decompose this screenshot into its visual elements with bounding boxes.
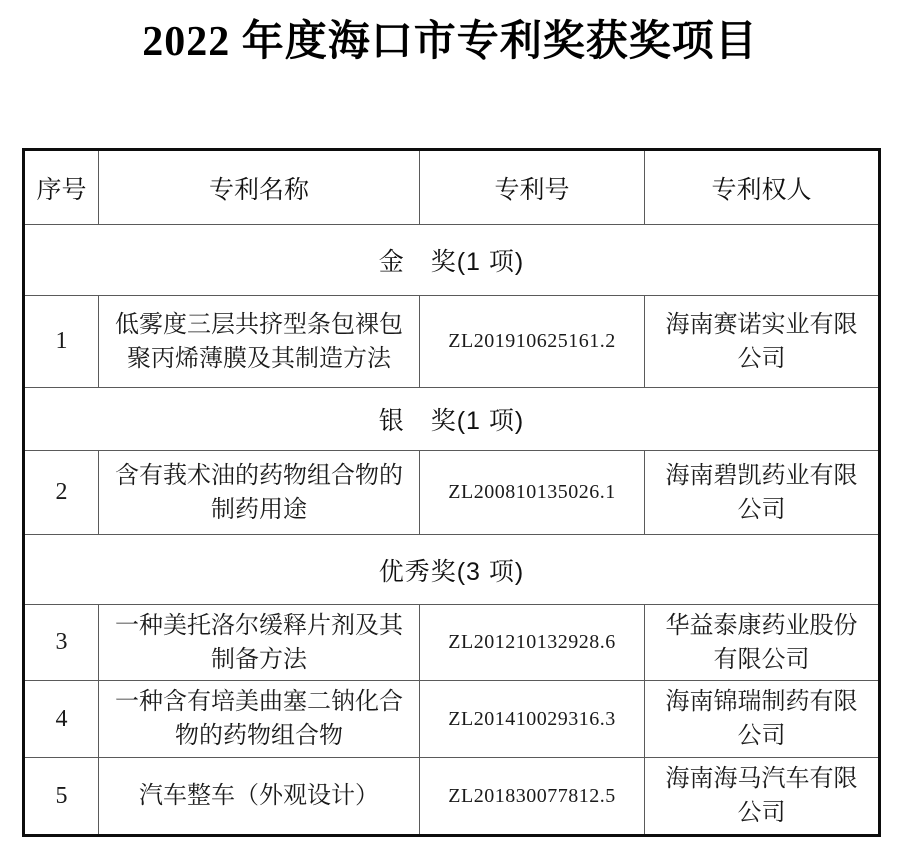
cell-patent-no: ZL201910625161.2 bbox=[420, 296, 645, 388]
cell-index: 5 bbox=[24, 758, 99, 836]
cell-patent-owner: 华益泰康药业股份有限公司 bbox=[645, 605, 880, 681]
patent-name-text: 一种含有培美曲塞二钠化合物的药物组合物 bbox=[109, 685, 409, 753]
table-row: 3 一种美托洛尔缓释片剂及其制备方法 ZL201210132928.6 华益泰康… bbox=[24, 605, 880, 681]
cell-patent-owner: 海南赛诺实业有限公司 bbox=[645, 296, 880, 388]
cell-patent-no: ZL200810135026.1 bbox=[420, 451, 645, 535]
table-header-row: 序号 专利名称 专利号 专利权人 bbox=[24, 150, 880, 225]
cell-patent-owner: 海南碧凯药业有限公司 bbox=[645, 451, 880, 535]
header-cell-patent-no: 专利号 bbox=[420, 150, 645, 225]
cell-patent-no: ZL201210132928.6 bbox=[420, 605, 645, 681]
cell-patent-name: 低雾度三层共挤型条包裸包聚丙烯薄膜及其制造方法 bbox=[99, 296, 420, 388]
cell-patent-no: ZL201410029316.3 bbox=[420, 681, 645, 758]
table-row: 4 一种含有培美曲塞二钠化合物的药物组合物 ZL201410029316.3 海… bbox=[24, 681, 880, 758]
section-row-silver: 银 奖(1 项) bbox=[24, 388, 880, 451]
patent-owner-text: 海南海马汽车有限公司 bbox=[658, 762, 865, 830]
cell-index: 3 bbox=[24, 605, 99, 681]
cell-patent-no: ZL201830077812.5 bbox=[420, 758, 645, 836]
page-title: 2022 年度海口市专利奖获奖项目 bbox=[0, 8, 900, 68]
patent-name-text: 一种美托洛尔缓释片剂及其制备方法 bbox=[109, 609, 409, 677]
cell-patent-name: 一种含有培美曲塞二钠化合物的药物组合物 bbox=[99, 681, 420, 758]
cell-index: 4 bbox=[24, 681, 99, 758]
patent-name-text: 低雾度三层共挤型条包裸包聚丙烯薄膜及其制造方法 bbox=[109, 308, 409, 376]
section-label-excellence: 优秀奖(3 项) bbox=[24, 535, 880, 605]
cell-index: 2 bbox=[24, 451, 99, 535]
cell-patent-name: 一种美托洛尔缓释片剂及其制备方法 bbox=[99, 605, 420, 681]
cell-patent-owner: 海南锦瑞制药有限公司 bbox=[645, 681, 880, 758]
patent-owner-text: 华益泰康药业股份有限公司 bbox=[658, 609, 865, 677]
cell-index: 1 bbox=[24, 296, 99, 388]
table-row: 1 低雾度三层共挤型条包裸包聚丙烯薄膜及其制造方法 ZL201910625161… bbox=[24, 296, 880, 388]
header-cell-index: 序号 bbox=[24, 150, 99, 225]
cell-patent-name: 汽车整车（外观设计） bbox=[99, 758, 420, 836]
patent-name-text: 汽车整车（外观设计） bbox=[109, 779, 409, 813]
header-cell-patent-name: 专利名称 bbox=[99, 150, 420, 225]
section-row-excellence: 优秀奖(3 项) bbox=[24, 535, 880, 605]
patent-owner-text: 海南碧凯药业有限公司 bbox=[658, 459, 865, 527]
section-label-gold: 金 奖(1 项) bbox=[24, 225, 880, 296]
header-cell-patent-owner: 专利权人 bbox=[645, 150, 880, 225]
patent-award-table: 序号 专利名称 专利号 专利权人 金 奖(1 项) 1 低雾度三层共挤型条包裸包… bbox=[22, 148, 881, 837]
document-page: 2022 年度海口市专利奖获奖项目 序号 专利名称 专利号 专利权人 金 奖(1… bbox=[0, 0, 900, 864]
section-label-silver: 银 奖(1 项) bbox=[24, 388, 880, 451]
cell-patent-owner: 海南海马汽车有限公司 bbox=[645, 758, 880, 836]
patent-owner-text: 海南锦瑞制药有限公司 bbox=[658, 685, 865, 753]
patent-name-text: 含有莪术油的药物组合物的制药用途 bbox=[109, 459, 409, 527]
patent-owner-text: 海南赛诺实业有限公司 bbox=[658, 308, 865, 376]
cell-patent-name: 含有莪术油的药物组合物的制药用途 bbox=[99, 451, 420, 535]
table-row: 2 含有莪术油的药物组合物的制药用途 ZL200810135026.1 海南碧凯… bbox=[24, 451, 880, 535]
section-row-gold: 金 奖(1 项) bbox=[24, 225, 880, 296]
table-row: 5 汽车整车（外观设计） ZL201830077812.5 海南海马汽车有限公司 bbox=[24, 758, 880, 836]
